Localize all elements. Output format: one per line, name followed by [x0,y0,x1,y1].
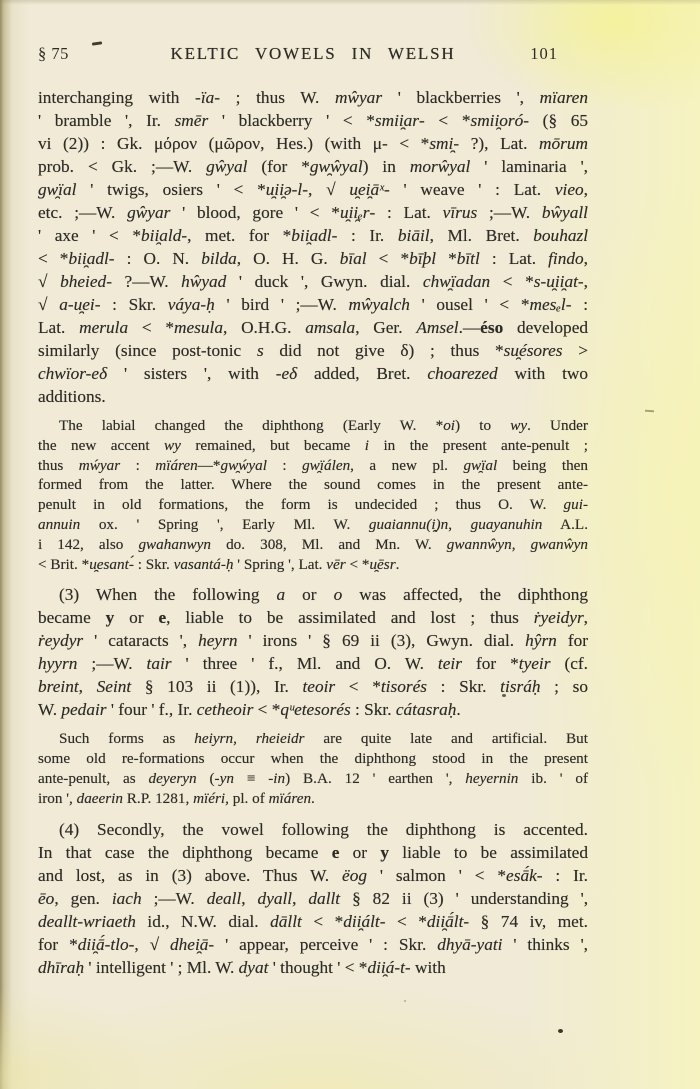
text-line: √ bheied- ?—W. hŵyad ' duck ', Gwyn. dia… [38,270,588,293]
page-number: 101 [530,44,558,64]
text-line: In that case the diphthong became e or y… [38,841,588,864]
text-line: and lost, as in (3) above. Thus W. ëog '… [38,864,588,887]
paragraph: (4) Secondly, the vowel following the di… [38,818,588,979]
paragraph: interchanging with -ïa- ; thus W. mŵyar … [38,86,588,408]
ink-speck [404,1000,406,1002]
ink-speck [502,694,506,697]
text-line: (4) Secondly, the vowel following the di… [38,818,588,841]
text-line: (3) When the following a or o was affect… [38,583,588,606]
text-line: gw̯ïal ' twigs, osiers ' < *u̯ii̯ə-l-, √… [38,178,588,201]
text-line: hyyrn ;—W. tair ' three ' f., Ml. and O.… [38,652,588,675]
text-line: iron ', daeerin R.P. 1281, mïéri, pl. of… [38,789,588,809]
text-line: < Brit. *u̯esant-́ : Skr. vasantá-ḥ ' Sp… [38,555,588,575]
page-content: § 75 KELTIC VOWELS IN WELSH 101 intercha… [38,44,588,979]
book-page: § 75 KELTIC VOWELS IN WELSH 101 intercha… [0,0,700,1089]
text-line: prob. < Gk. ;—W. gŵyal (for *gw̯ŵyal) in… [38,155,588,178]
paragraph-gap [38,721,588,729]
text-line: similarly (since post-tonic s did not gi… [38,339,588,362]
text-line: deallt-wriaeth id., N.W. dial. dāllt < *… [38,910,588,933]
scan-top-shadow [0,0,700,5]
text-line: i 142, also gwahanwyn do. 308, Ml. and M… [38,535,588,555]
text-line: vi (2)) : Gk. μόρον (μῶρον, Hes.) (with … [38,132,588,155]
paragraph: Such forms as heiyrn, rheieidr are quite… [38,729,588,808]
text-line: the new accent wy remained, but became i… [38,436,588,456]
paragraph-gap [38,574,588,583]
text-line: ante-penult, as deyeryn (-yn ≡ -in) B.A.… [38,769,588,789]
text-line: for *dii̯ā́-tlo-, √ dhei̯ā- ' appear, pe… [38,933,588,956]
text-line: ēo, gen. iach ;—W. deall, dyall, dallt §… [38,887,588,910]
text-line: ṙeydyr ' cataracts ', heyrn ' irons ' § … [38,629,588,652]
page-header: § 75 KELTIC VOWELS IN WELSH 101 [38,44,588,68]
text-line: √ a-u̯ei- : Skr. váya-ḥ ' bird ' ;—W. mŵ… [38,293,588,316]
text-line: chwïor-eδ ' sisters ', with -eδ added, B… [38,362,588,385]
text-line: ' bramble ', Ir. smēr ' blackberry ' < *… [38,109,588,132]
text-line: W. pedair ' four ' f., Ir. cetheoir < *q… [38,698,588,721]
text-line: Lat. merula < *mesula, O.H.G. amsala, Ge… [38,316,588,339]
section-number: § 75 [38,44,69,64]
paragraph-gap [38,408,588,416]
paragraph: The labial changed the diphthong (Early … [38,416,588,574]
text-line: some old re-formations occur when the di… [38,749,588,769]
text-line: Such forms as heiyrn, rheieidr are quite… [38,729,588,749]
text-line: penult in old formations, the form is un… [38,495,588,515]
text-line: thus mẃyar : mïáren—*gw̯ẃyal : gw̯ïálen,… [38,456,588,476]
text-line: annuin ox. ' Spring ', Early Ml. W. guai… [38,515,588,535]
text-line: dhīraḥ ' intelligent ' ; Ml. W. dyat ' t… [38,956,588,979]
text-line: additions. [38,385,588,408]
text-line: became y or e, liable to be assimilated … [38,606,588,629]
margin-dash-mark [645,410,654,413]
text-line: interchanging with -ïa- ; thus W. mŵyar … [38,86,588,109]
text-line: The labial changed the diphthong (Early … [38,416,588,436]
text-line: ' axe ' < *bii̯ald-, met. for *bii̯adl- … [38,224,588,247]
paragraph: (3) When the following a or o was affect… [38,583,588,721]
text-line: formed from the latter. Where the sound … [38,475,588,495]
text-line: < *bii̯adl- : O. N. bilda, O. H. G. bīal… [38,247,588,270]
running-title: KELTIC VOWELS IN WELSH [38,44,588,64]
paragraph-gap [38,809,588,818]
text-line: etc. ;—W. gŵyar ' blood, gore ' < *u̯ii̯… [38,201,588,224]
text-body: interchanging with -ïa- ; thus W. mŵyar … [38,86,588,979]
ink-speck [231,961,233,963]
ink-speck [558,1029,563,1033]
